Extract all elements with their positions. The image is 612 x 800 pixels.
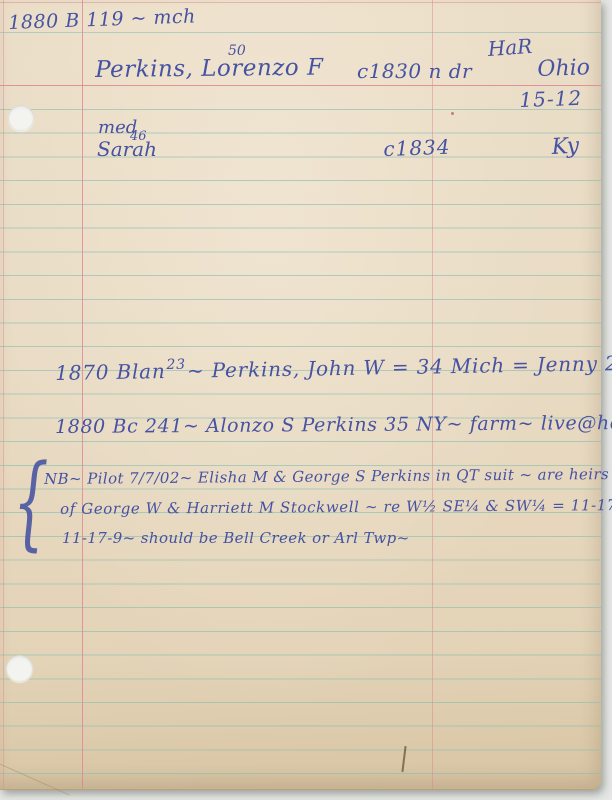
red-rule-left-edge — [3, 0, 4, 789]
reference-code: 15-12 — [519, 86, 582, 112]
census-ref-note: 1880 B 119 ~ mch — [8, 5, 196, 34]
ruled-line-top — [0, 32, 601, 33]
red-rule-top-edge — [0, 2, 601, 3]
spouse-birthplace: Ky — [551, 134, 580, 160]
nb-note-line3: 11-17-9~ should be Bell Creek or Arl Twp… — [62, 529, 410, 547]
primary-birth-year: c1830 n dr — [357, 59, 472, 83]
red-head-rule — [0, 85, 601, 86]
nb-note-line2: of George W & Harriett M Stockwell ~ re … — [60, 496, 612, 518]
scanned-document: 1880 B 119 ~ mch HaR 50 Perkins, Lorenzo… — [0, 0, 612, 800]
primary-birthplace: Ohio — [537, 55, 590, 82]
primary-name: Perkins, Lorenzo F — [95, 55, 324, 83]
red-rule-right — [432, 0, 433, 789]
spouse-name: Sarah — [97, 137, 157, 161]
hole-punch-bottom — [6, 655, 33, 682]
ledger-paper: 1880 B 119 ~ mch HaR 50 Perkins, Lorenzo… — [0, 0, 601, 790]
census-note-1880: 1880 Bc 241~ Alonzo S Perkins 35 NY~ far… — [55, 412, 612, 438]
left-brace: { — [13, 452, 49, 554]
red-margin-rule — [82, 0, 83, 789]
age-superscript-john: 23 — [166, 357, 186, 373]
hole-punch-top — [8, 105, 34, 131]
ruled-lines — [0, 109, 601, 788]
spouse-birth-year: c1834 — [383, 135, 451, 161]
census-1870-prefix: 1870 Blan — [55, 359, 166, 385]
corner-code: HaR — [487, 34, 533, 61]
ink-speck — [451, 112, 454, 115]
